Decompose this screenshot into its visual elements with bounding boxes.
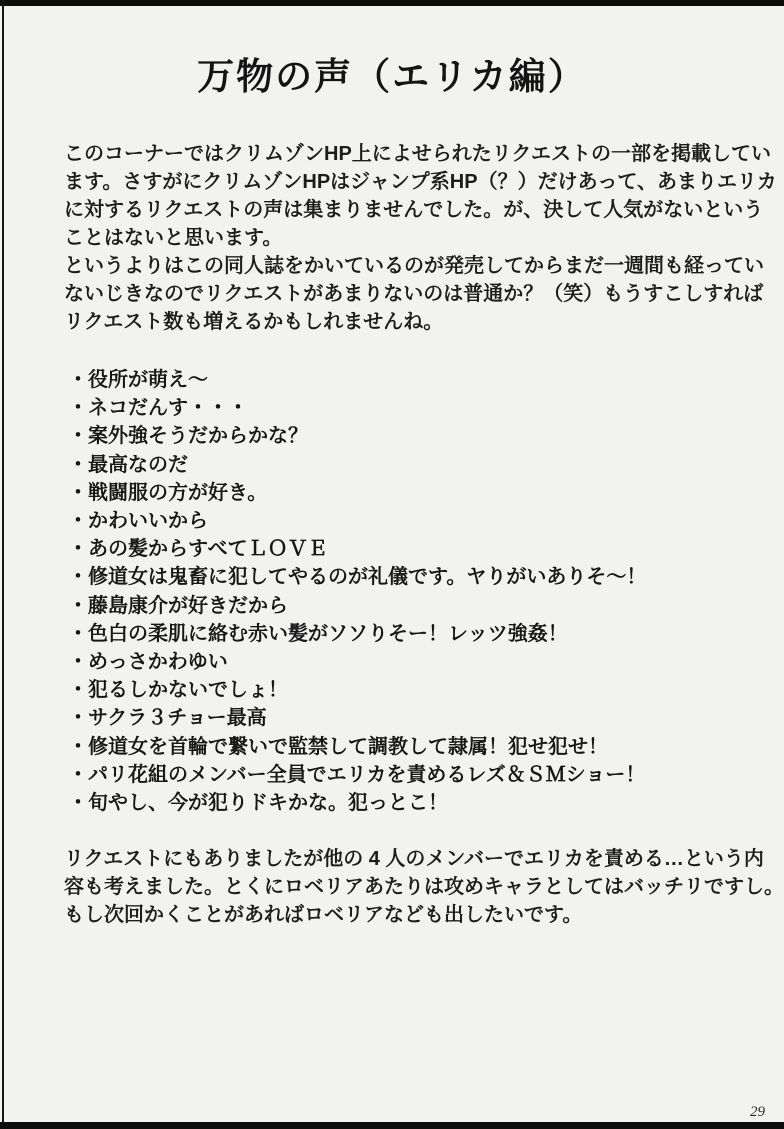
page-number: 29 [750,1104,765,1121]
closing-line: 容も考えました。とくにロベリアあたりは攻めキャラとしてはバッチリですし。 [64,873,744,901]
request-item: ・色白の柔肌に絡む赤い髪がソソりそー！レッツ強姦！ [68,620,744,648]
request-item: ・パリ花組のメンバー全員でエリカを責めるレズ＆ＳＭショー！ [68,761,744,789]
closing-line: もし次回かくことがあればロベリアなども出したいです。 [64,901,744,929]
closing-line: リクエストにもありましたが他の 4 人のメンバーでエリカを責める…という内 [64,845,744,873]
request-item: ・あの髪からすべてＬＯＶＥ [68,535,744,563]
page-left-border [2,0,4,1129]
request-item: ・めっさかわゆい [68,648,744,676]
intro-paragraph: このコーナーではクリムゾンHP上によせられたリクエストの一部を掲載してい ます。… [64,140,744,336]
scanned-doujinshi-page: 万物の声（エリカ編） このコーナーではクリムゾンHP上によせられたリクエストの一… [0,0,784,1129]
request-item: ・旬やし、今が犯りドキかな。犯っとこ！ [68,789,744,817]
request-item: ・修道女は鬼畜に犯してやるのが礼儀です。ヤりがいありそ～！ [68,563,744,591]
request-item: ・修道女を首輪で繋いで監禁して調教して隷属！犯せ犯せ！ [68,733,744,761]
intro-line: というよりはこの同人誌をかいているのが発売してからまだ一週間も経ってい [64,252,744,280]
request-list: ・役所が萌え～ ・ネコだんす・・・ ・案外強そうだからかな？ ・最高なのだ ・戦… [64,366,744,817]
request-item: ・サクラ３チョー最高 [68,704,744,732]
request-item: ・かわいいから [68,507,744,535]
request-item: ・役所が萌え～ [68,366,744,394]
intro-line: ます。さすがにクリムゾンHPはジャンプ系HP（？）だけあって、あまりエリカ [64,168,744,196]
intro-line: ないじきなのでリクエストがあまりないのは普通か？（笑）もうすこしすれば [64,280,744,308]
request-item: ・案外強そうだからかな？ [68,422,744,450]
intro-line: ことはないと思います。 [64,224,744,252]
intro-line: このコーナーではクリムゾンHP上によせられたリクエストの一部を掲載してい [64,140,744,168]
page-bottom-border [0,1122,784,1129]
intro-line: に対するリクエストの声は集まりませんでした。が、決して人気がないという [64,196,744,224]
request-item: ・犯るしかないでしょ！ [68,676,744,704]
page-title: 万物の声（エリカ編） [0,46,784,100]
request-item: ・藤島康介が好きだから [68,592,744,620]
intro-line: リクエスト数も増えるかもしれませんね。 [64,308,744,336]
request-item: ・戦闘服の方が好き。 [68,479,744,507]
page-content: このコーナーではクリムゾンHP上によせられたリクエストの一部を掲載してい ます。… [0,140,784,929]
page-top-border [0,0,784,6]
request-item: ・最高なのだ [68,451,744,479]
closing-paragraph: リクエストにもありましたが他の 4 人のメンバーでエリカを責める…という内 容も… [64,845,744,929]
request-item: ・ネコだんす・・・ [68,394,744,422]
